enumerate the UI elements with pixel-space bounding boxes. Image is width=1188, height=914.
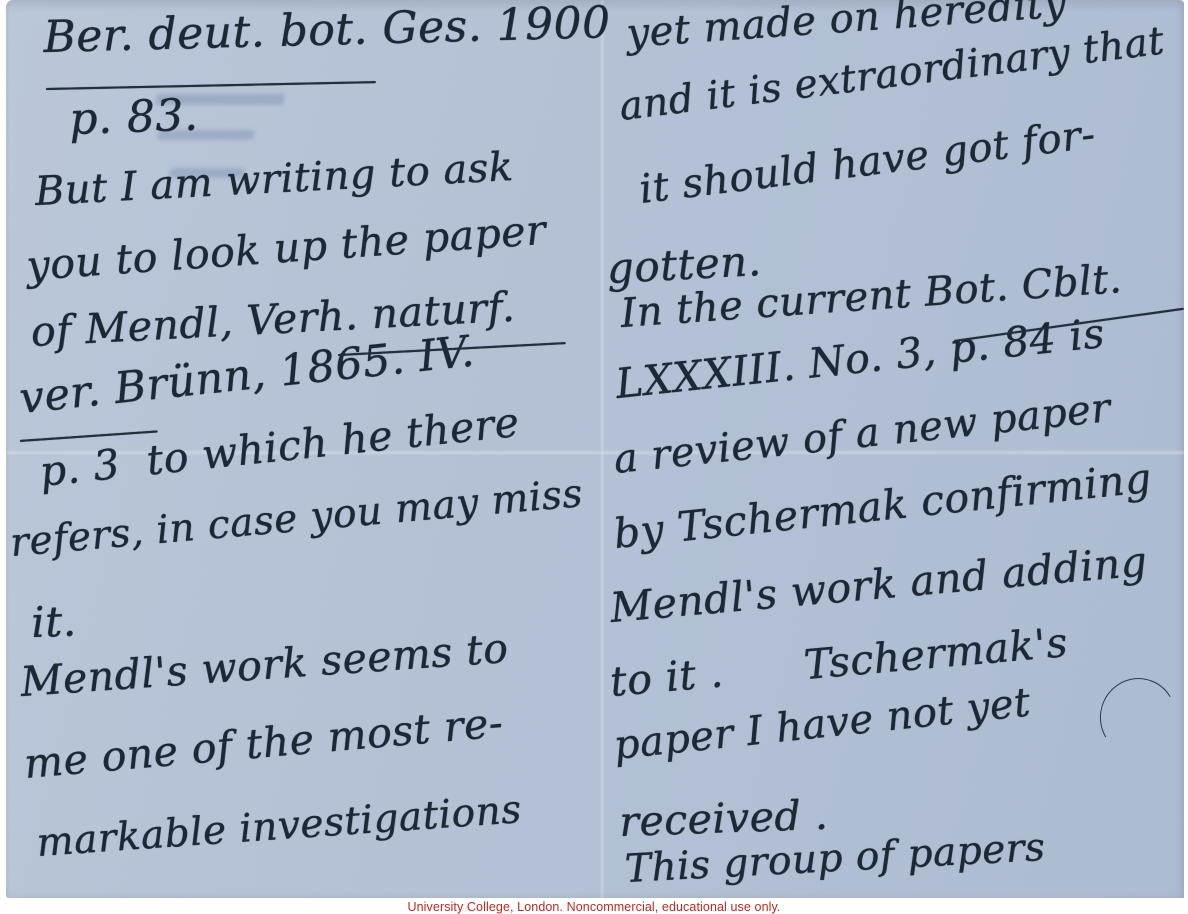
handwritten-line: But I am writing to ask	[34, 147, 514, 212]
handwritten-line: Ber. deut. bot. Ges. 1900	[43, 1, 611, 60]
handwritten-line: p. 83.	[68, 94, 199, 142]
scan-canvas: Ber. deut. bot. Ges. 1900 p. 83. But I a…	[0, 0, 1188, 914]
ink-underline	[46, 81, 376, 90]
letter-scan-paper: Ber. deut. bot. Ges. 1900 p. 83. But I a…	[6, 0, 1184, 900]
attribution-caption: University College, London. Noncommercia…	[407, 900, 780, 914]
pen-arc-mark	[1092, 670, 1185, 764]
handwritten-line: it should have got for-	[637, 114, 1097, 210]
handwritten-line: p. 3 to which he there	[38, 402, 522, 493]
handwritten-line: Mendl's work seems to	[19, 628, 509, 703]
handwritten-line: it.	[31, 600, 78, 644]
handwritten-line: received .	[619, 795, 829, 843]
handwritten-line: Mendl's work and adding	[608, 541, 1148, 629]
handwritten-line: markable investigations	[35, 790, 523, 863]
handwritten-line: me one of the most re-	[22, 702, 504, 785]
caption-strip: University College, London. Noncommercia…	[0, 898, 1188, 914]
handwritten-line: you to look up the paper	[25, 210, 547, 287]
